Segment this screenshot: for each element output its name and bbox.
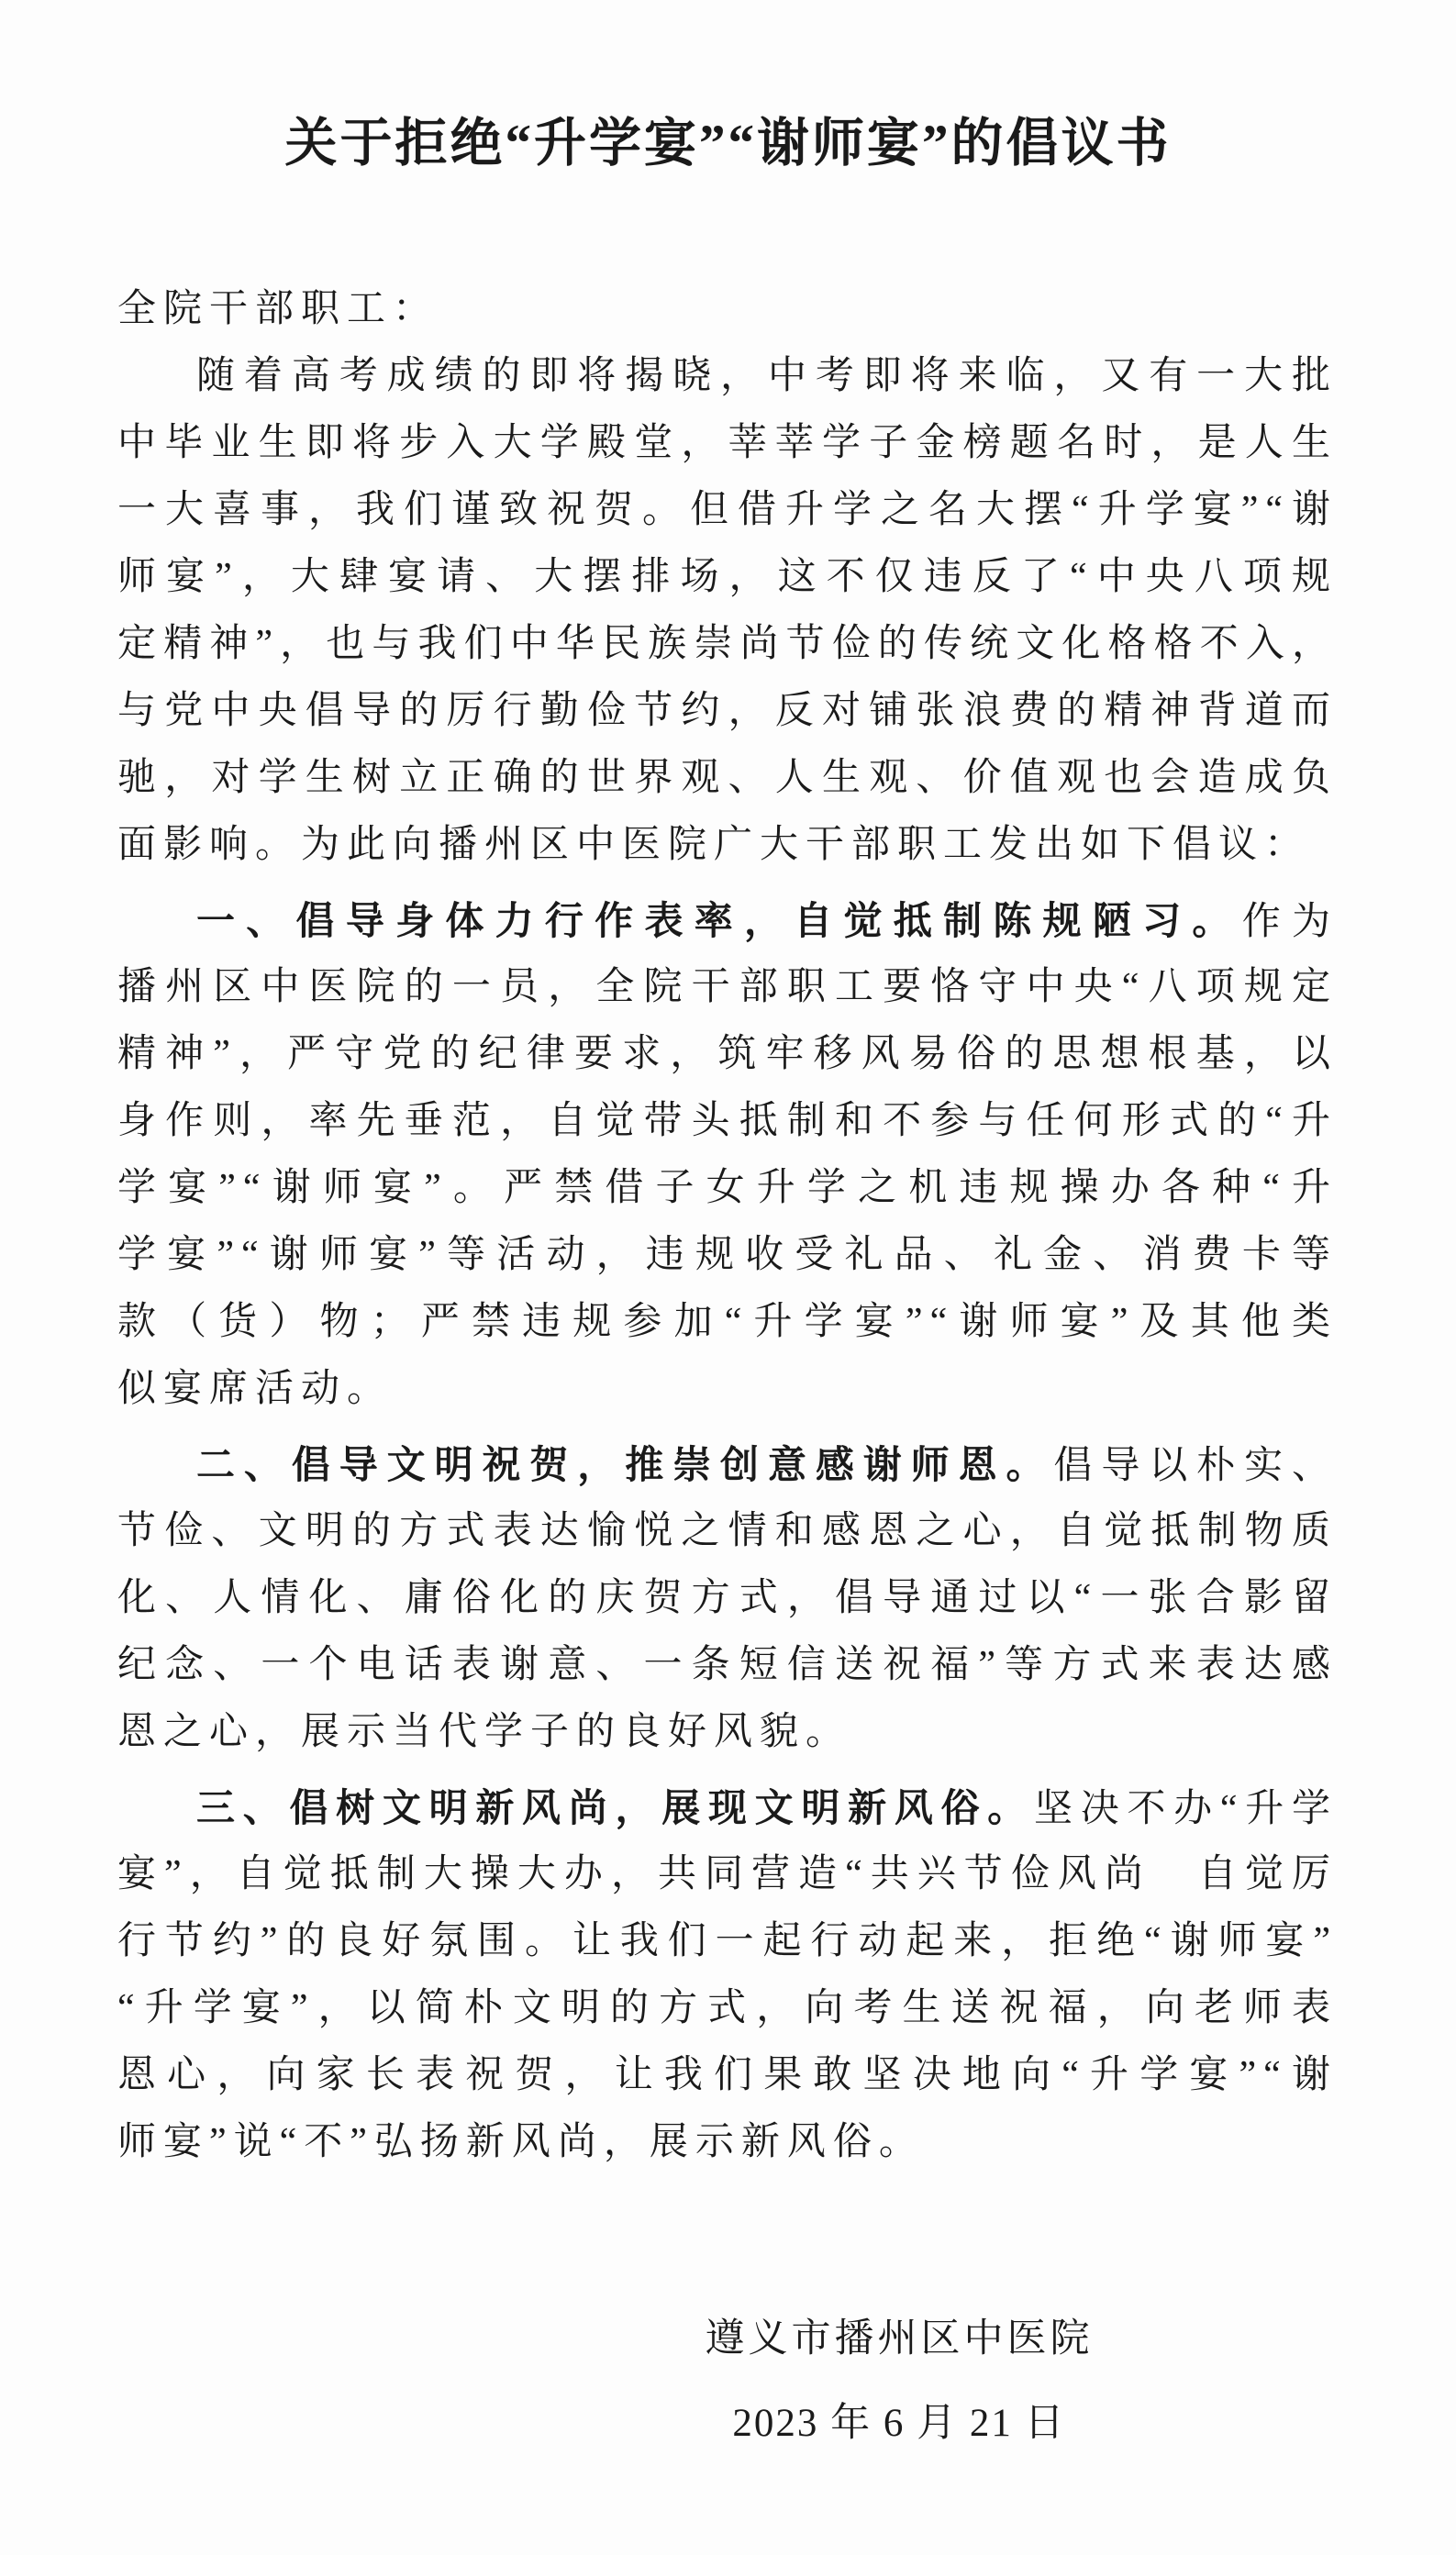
text-run: 似宴席活动。 [117, 1368, 393, 1410]
text-line: 身作则，率先垂范，自觉带头抵制和不参与任何形式的“升 [117, 1088, 1338, 1155]
text-line: 全院干部职工： [117, 276, 1338, 343]
document-title: 关于拒绝“升学宴”“谢师宴”的倡议书 [37, 108, 1419, 180]
text-line: 驰，对学生树立正确的世界观、人生观、价值观也会造成负 [117, 745, 1338, 812]
text-run: 恩之心，展示当代学子的良好风貌。 [117, 1711, 851, 1753]
text-line: 精神”，严守党的纪律要求，筑牢移风易俗的思想根基，以 [117, 1021, 1338, 1088]
text-run: 身作则，率先垂范，自觉带头抵制和不参与任何形式的“升 [117, 1100, 1338, 1142]
document-body: 全院干部职工：随着高考成绩的即将揭晓，中考即将来临，又有一大批高中毕业生即将步入… [117, 276, 1338, 2176]
text-run: 师宴”说“不”弘扬新风尚，展示新风俗。 [117, 2121, 925, 2163]
text-line: 纪念、一个电话表谢意、一条短信送祝福”等方式来表达感 [117, 1632, 1338, 1699]
text-run: 中毕业生即将步入大学殿堂，莘莘学子金榜题名时，是人生 [117, 422, 1338, 464]
text-run: 随着高考成绩的即将揭晓，中考即将来临，又有一大批高 [196, 355, 1338, 410]
text-line: 三、倡树文明新风尚，展现文明新风俗。坚决不办“升学 [117, 1774, 1338, 1841]
text-run: 坚决不办“升学 [1034, 1788, 1338, 1830]
text-run: 恩心，向家长表祝贺，让我们果敢坚决地向“升学宴”“谢 [117, 2054, 1338, 2096]
text-line: 师宴”说“不”弘扬新风尚，展示新风俗。 [117, 2109, 1338, 2176]
text-line: 学宴”“谢师宴”。严禁借子女升学之机违规操办各种“升 [117, 1155, 1338, 1222]
signature-block: 遵义市播州区中医院 2023 年 6 月 21 日 [642, 2312, 1156, 2451]
text-line: 恩心，向家长表祝贺，让我们果敢坚决地向“升学宴”“谢 [117, 2042, 1338, 2109]
text-line: 化、人情化、庸俗化的庆贺方式，倡导通过以“一张合影留 [117, 1565, 1338, 1632]
text-line: 似宴席活动。 [117, 1356, 1338, 1423]
text-run: 面影响。为此向播州区中医院广大干部职工发出如下倡议： [117, 824, 1310, 866]
signature-organization: 遵义市播州区中医院 [642, 2312, 1156, 2367]
text-run: 定精神”，也与我们中华民族崇尚节俭的传统文化格格不入， [117, 623, 1338, 665]
text-line: “升学宴”，以简朴文明的方式，向考生送祝福，向老师表 [117, 1975, 1338, 2042]
text-run: 学宴”“谢师宴”等活动，违规收受礼品、礼金、消费卡等 [117, 1234, 1338, 1276]
text-run: “升学宴”，以简朴文明的方式，向考生送祝福，向老师表 [117, 1987, 1338, 2029]
text-line: 中毕业生即将步入大学殿堂，莘莘学子金榜题名时，是人生 [117, 410, 1338, 477]
text-run: 作为 [1242, 901, 1338, 943]
text-run: 精神”，严守党的纪律要求，筑牢移风易俗的思想根基，以 [117, 1033, 1338, 1075]
text-run: 全院干部职工： [117, 288, 439, 330]
text-line: 与党中央倡导的厉行勤俭节约，反对铺张浪费的精神背道而 [117, 678, 1338, 745]
section-heading-run: 一、倡导身体力行作表率，自觉抵制陈规陋习。 [196, 899, 1242, 942]
text-run: 纪念、一个电话表谢意、一条短信送祝福”等方式来表达感 [117, 1644, 1338, 1686]
text-line: 二、倡导文明祝贺，推崇创意感谢师恩。倡导以朴实、 [117, 1431, 1338, 1498]
text-run: 宴”，自觉抵制大操大办，共同营造“共兴节俭风尚 自觉厉 [117, 1853, 1338, 1895]
text-line: 恩之心，展示当代学子的良好风貌。 [117, 1699, 1338, 1766]
text-line: 面影响。为此向播州区中医院广大干部职工发出如下倡议： [117, 812, 1338, 879]
section-heading-run: 二、倡导文明祝贺，推崇创意感谢师恩。 [196, 1443, 1053, 1486]
text-line: 一大喜事，我们谨致祝贺。但借升学之名大摆“升学宴”“谢 [117, 477, 1338, 544]
text-line: 定精神”，也与我们中华民族崇尚节俭的传统文化格格不入， [117, 611, 1338, 678]
text-run: 与党中央倡导的厉行勤俭节约，反对铺张浪费的精神背道而 [117, 690, 1338, 732]
text-line: 行节约”的良好氛围。让我们一起行动起来，拒绝“谢师宴” [117, 1908, 1338, 1975]
text-line: 宴”，自觉抵制大操大办，共同营造“共兴节俭风尚 自觉厉 [117, 1841, 1338, 1908]
text-run: 一大喜事，我们谨致祝贺。但借升学之名大摆“升学宴”“谢 [117, 489, 1338, 531]
text-run: 款（货）物；严禁违规参加“升学宴”“谢师宴”及其他类 [117, 1301, 1338, 1343]
signature-date: 2023 年 6 月 21 日 [642, 2396, 1156, 2451]
text-run: 师宴”，大肆宴请、大摆排场，这不仅违反了“中央八项规 [117, 556, 1338, 598]
text-run: 节俭、文明的方式表达愉悦之情和感恩之心，自觉抵制物质 [117, 1510, 1338, 1552]
section-heading-run: 三、倡树文明新风尚，展现文明新风俗。 [196, 1786, 1034, 1829]
text-line: 随着高考成绩的即将揭晓，中考即将来临，又有一大批高 [117, 343, 1338, 410]
text-line: 学宴”“谢师宴”等活动，违规收受礼品、礼金、消费卡等 [117, 1222, 1338, 1289]
text-run: 行节约”的良好氛围。让我们一起行动起来，拒绝“谢师宴” [117, 1920, 1338, 1962]
text-line: 播州区中医院的一员，全院干部职工要恪守中央“八项规定 [117, 954, 1338, 1021]
text-line: 节俭、文明的方式表达愉悦之情和感恩之心，自觉抵制物质 [117, 1498, 1338, 1565]
document-page: { "page": { "background": "#fdfdfd", "te… [0, 0, 1456, 2555]
text-run: 化、人情化、庸俗化的庆贺方式，倡导通过以“一张合影留 [117, 1577, 1338, 1619]
text-line: 一、倡导身体力行作表率，自觉抵制陈规陋习。作为 [117, 887, 1338, 954]
text-run: 驰，对学生树立正确的世界观、人生观、价值观也会造成负 [117, 757, 1338, 799]
text-line: 款（货）物；严禁违规参加“升学宴”“谢师宴”及其他类 [117, 1289, 1338, 1356]
text-run: 学宴”“谢师宴”。严禁借子女升学之机违规操办各种“升 [117, 1167, 1338, 1209]
text-line: 师宴”，大肆宴请、大摆排场，这不仅违反了“中央八项规 [117, 544, 1338, 611]
text-run: 倡导以朴实、 [1053, 1445, 1338, 1487]
text-run: 播州区中医院的一员，全院干部职工要恪守中央“八项规定 [117, 966, 1338, 1008]
